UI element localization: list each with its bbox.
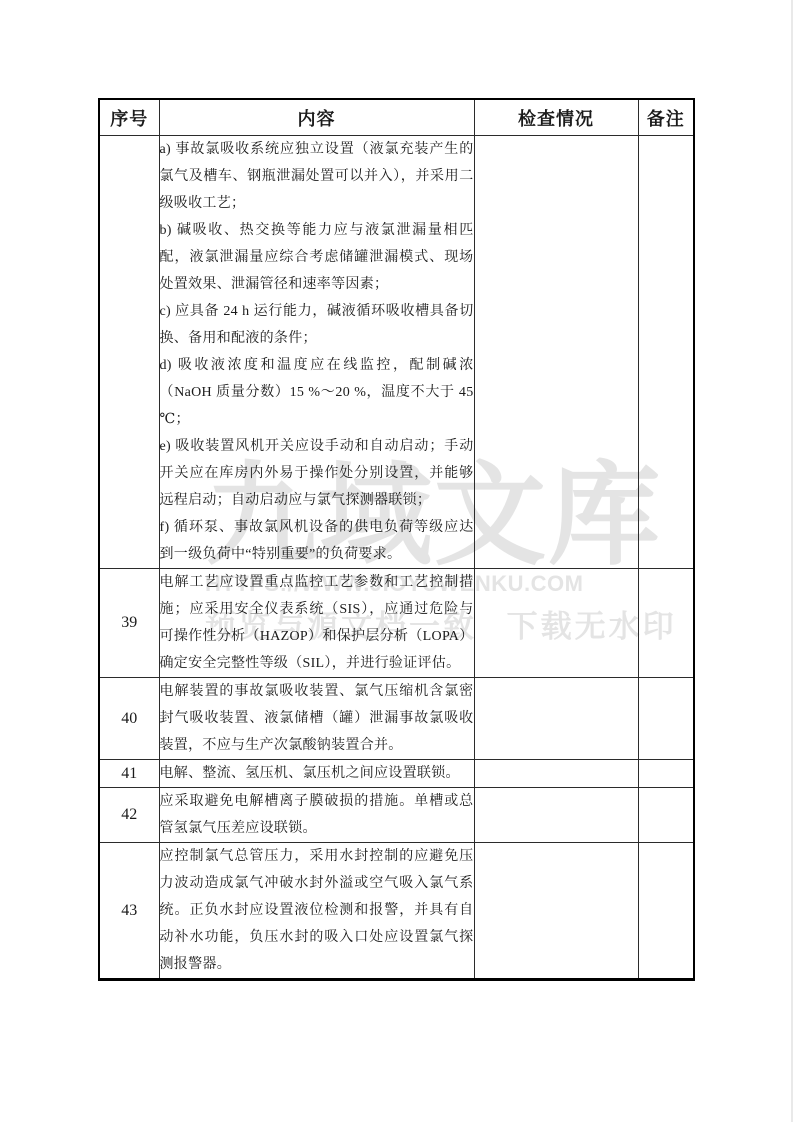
row-inspection-cell (474, 136, 638, 569)
row-remark-cell (638, 788, 694, 843)
header-cell-no: 序号 (99, 99, 159, 136)
row-content: 电解工艺应设置重点监控工艺参数和工艺控制措施；应采用安全仪表系统（SIS），应通… (159, 569, 474, 678)
row-inspection-cell (474, 788, 638, 843)
header-cell-inspection: 检查情况 (474, 99, 638, 136)
header-cell-content: 内容 (159, 99, 474, 136)
row-number: 43 (99, 843, 159, 980)
row-content: 应采取避免电解槽离子膜破损的措施。单槽或总管氢氯气压差应设联锁。 (159, 788, 474, 843)
table-body: a) 事故氯吸收系统应独立设置（液氯充装产生的氯气及槽车、钢瓶泄漏处置可以并入）… (99, 136, 694, 980)
header-cell-remark: 备注 (638, 99, 694, 136)
row-number: 40 (99, 678, 159, 760)
row-content: a) 事故氯吸收系统应独立设置（液氯充装产生的氯气及槽车、钢瓶泄漏处置可以并入）… (159, 136, 474, 569)
table-header-row: 序号 内容 检查情况 备注 (99, 99, 694, 136)
row-inspection-cell (474, 760, 638, 788)
row-remark-cell (638, 136, 694, 569)
row-inspection-cell (474, 678, 638, 760)
row-content: 电解装置的事故氯吸收装置、氯气压缩机含氯密封气吸收装置、液氯储槽（罐）泄漏事故氯… (159, 678, 474, 760)
row-number (99, 136, 159, 569)
row-remark-cell (638, 569, 694, 678)
row-content: 应控制氯气总管压力，采用水封控制的应避免压力波动造成氯气冲破水封外溢或空气吸入氯… (159, 843, 474, 980)
table-row: 39 电解工艺应设置重点监控工艺参数和工艺控制措施；应采用安全仪表系统（SIS）… (99, 569, 694, 678)
row-number: 41 (99, 760, 159, 788)
table-row: 40 电解装置的事故氯吸收装置、氯气压缩机含氯密封气吸收装置、液氯储槽（罐）泄漏… (99, 678, 694, 760)
row-content: 电解、整流、氢压机、氯压机之间应设置联锁。 (159, 760, 474, 788)
row-number: 42 (99, 788, 159, 843)
row-remark-cell (638, 760, 694, 788)
table-row: 43 应控制氯气总管压力，采用水封控制的应避免压力波动造成氯气冲破水封外溢或空气… (99, 843, 694, 980)
row-inspection-cell (474, 569, 638, 678)
inspection-checklist-table: 序号 内容 检查情况 备注 a) 事故氯吸收系统应独立设置（液氯充装产生的氯气及… (98, 98, 695, 981)
row-remark-cell (638, 843, 694, 980)
row-number: 39 (99, 569, 159, 678)
row-inspection-cell (474, 843, 638, 980)
table-row: a) 事故氯吸收系统应独立设置（液氯充装产生的氯气及槽车、钢瓶泄漏处置可以并入）… (99, 136, 694, 569)
table-row: 41 电解、整流、氢压机、氯压机之间应设置联锁。 (99, 760, 694, 788)
table-row: 42 应采取避免电解槽离子膜破损的措施。单槽或总管氢氯气压差应设联锁。 (99, 788, 694, 843)
row-remark-cell (638, 678, 694, 760)
